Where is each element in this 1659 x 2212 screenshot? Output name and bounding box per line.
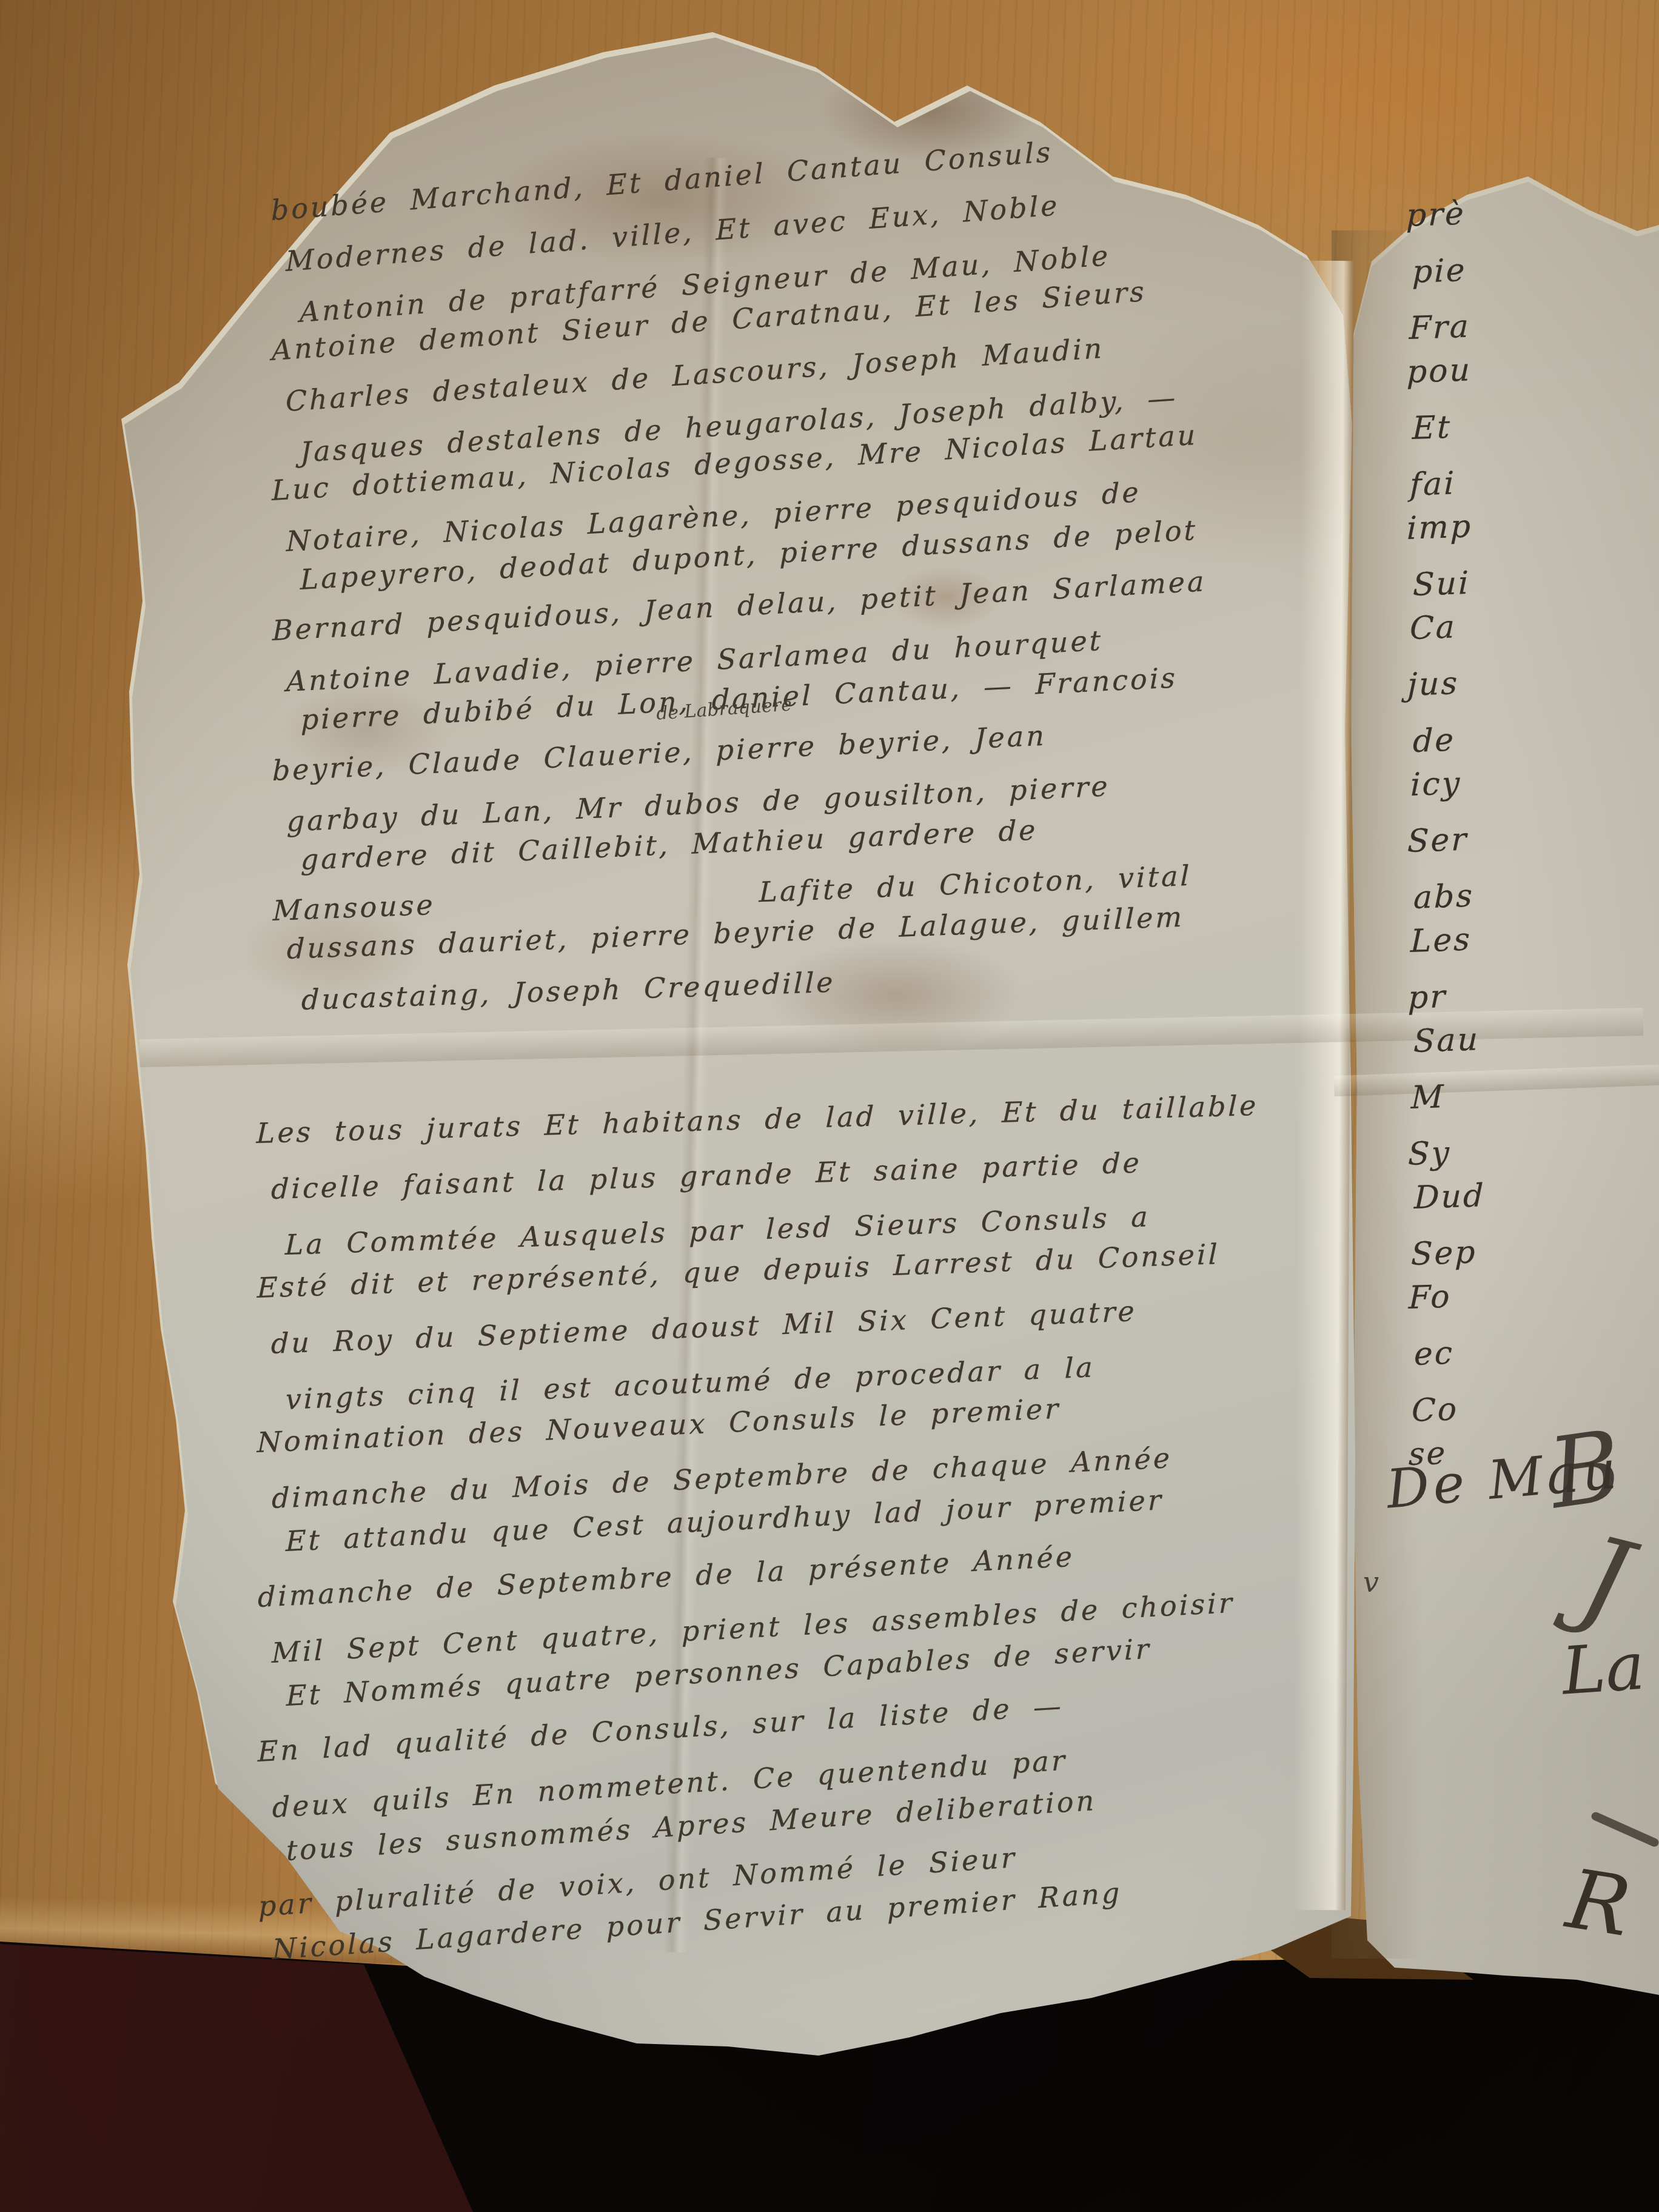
photo-vignette: [0, 0, 1659, 2212]
photo-of-manuscript: boubée Marchand, Et daniel Cantau Consul…: [0, 0, 1659, 2212]
